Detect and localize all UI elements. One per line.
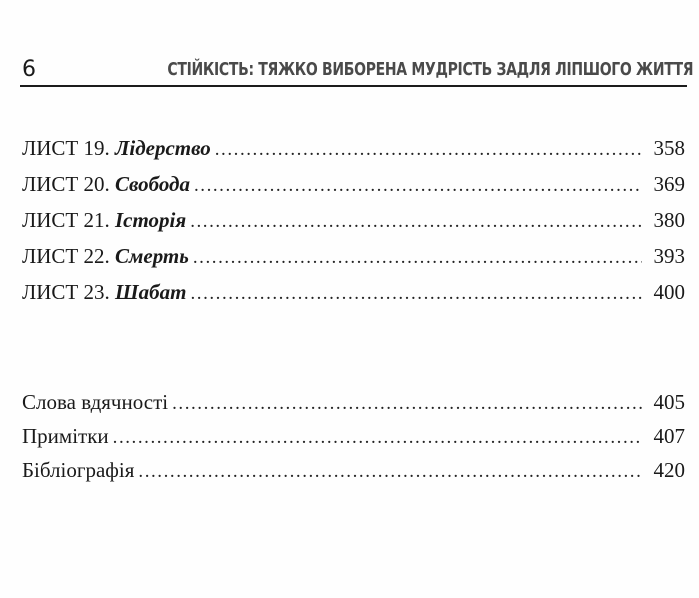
entry-page-number: 380 <box>645 202 685 238</box>
toc-entry-notes[interactable]: Примітки 407 <box>22 419 685 453</box>
entry-page-number: 358 <box>645 130 685 166</box>
toc-letters: ЛИСТ 19. Лідерство 358 ЛИСТ 20. Свобода … <box>22 130 685 310</box>
toc-entry-letter-21[interactable]: ЛИСТ 21. Історія 380 <box>22 202 685 238</box>
dot-leader <box>193 240 642 276</box>
entry-title: Шабат <box>115 280 186 304</box>
toc-entry-letter-23[interactable]: ЛИСТ 23. Шабат 400 <box>22 274 685 310</box>
dot-leader <box>190 276 642 312</box>
entry-prefix: ЛИСТ 21. <box>22 208 115 232</box>
entry-title: Смерть <box>115 244 189 268</box>
toc-entry-letter-22[interactable]: ЛИСТ 22. Смерть 393 <box>22 238 685 274</box>
entry-label: ЛИСТ 21. Історія <box>22 202 186 238</box>
entry-title: Слова вдячності <box>22 385 168 419</box>
entry-page-number: 393 <box>645 238 685 274</box>
entry-title: Бібліографія <box>22 453 134 487</box>
toc-entry-letter-19[interactable]: ЛИСТ 19. Лідерство 358 <box>22 130 685 166</box>
entry-title: Свобода <box>115 172 190 196</box>
entry-label: ЛИСТ 22. Смерть <box>22 238 189 274</box>
running-title: СТІЙКІСТЬ: ТЯЖКО ВИБОРЕНА МУДРІСТЬ ЗАДЛЯ… <box>167 60 693 84</box>
entry-page-number: 405 <box>645 385 685 419</box>
running-header: 6 СТІЙКІСТЬ: ТЯЖКО ВИБОРЕНА МУДРІСТЬ ЗАД… <box>22 56 687 84</box>
dot-leader <box>194 168 642 204</box>
book-page: 6 СТІЙКІСТЬ: ТЯЖКО ВИБОРЕНА МУДРІСТЬ ЗАД… <box>0 0 699 598</box>
entry-prefix: ЛИСТ 20. <box>22 172 115 196</box>
entry-prefix: ЛИСТ 23. <box>22 280 115 304</box>
toc-back-matter: Слова вдячності 405 Примітки 407 Бібліог… <box>22 385 685 487</box>
entry-prefix: ЛИСТ 19. <box>22 136 115 160</box>
entry-page-number: 369 <box>645 166 685 202</box>
entry-page-number: 407 <box>645 419 685 453</box>
dot-leader <box>113 421 642 455</box>
toc-entry-bibliography[interactable]: Бібліографія 420 <box>22 453 685 487</box>
toc-entry-letter-20[interactable]: ЛИСТ 20. Свобода 369 <box>22 166 685 202</box>
dot-leader <box>138 455 642 489</box>
entry-prefix: ЛИСТ 22. <box>22 244 115 268</box>
toc-entry-acknowledgements[interactable]: Слова вдячності 405 <box>22 385 685 419</box>
entry-title: Лідерство <box>115 136 211 160</box>
header-rule <box>20 85 687 87</box>
entry-label: ЛИСТ 23. Шабат <box>22 274 186 310</box>
entry-title: Історія <box>115 208 186 232</box>
dot-leader <box>190 204 642 240</box>
entry-title: Примітки <box>22 419 109 453</box>
page-number: 6 <box>22 59 36 84</box>
dot-leader <box>172 387 642 421</box>
entry-page-number: 400 <box>645 274 685 310</box>
entry-label: ЛИСТ 20. Свобода <box>22 166 190 202</box>
dot-leader <box>215 132 642 168</box>
entry-label: ЛИСТ 19. Лідерство <box>22 130 211 166</box>
entry-page-number: 420 <box>645 453 685 487</box>
